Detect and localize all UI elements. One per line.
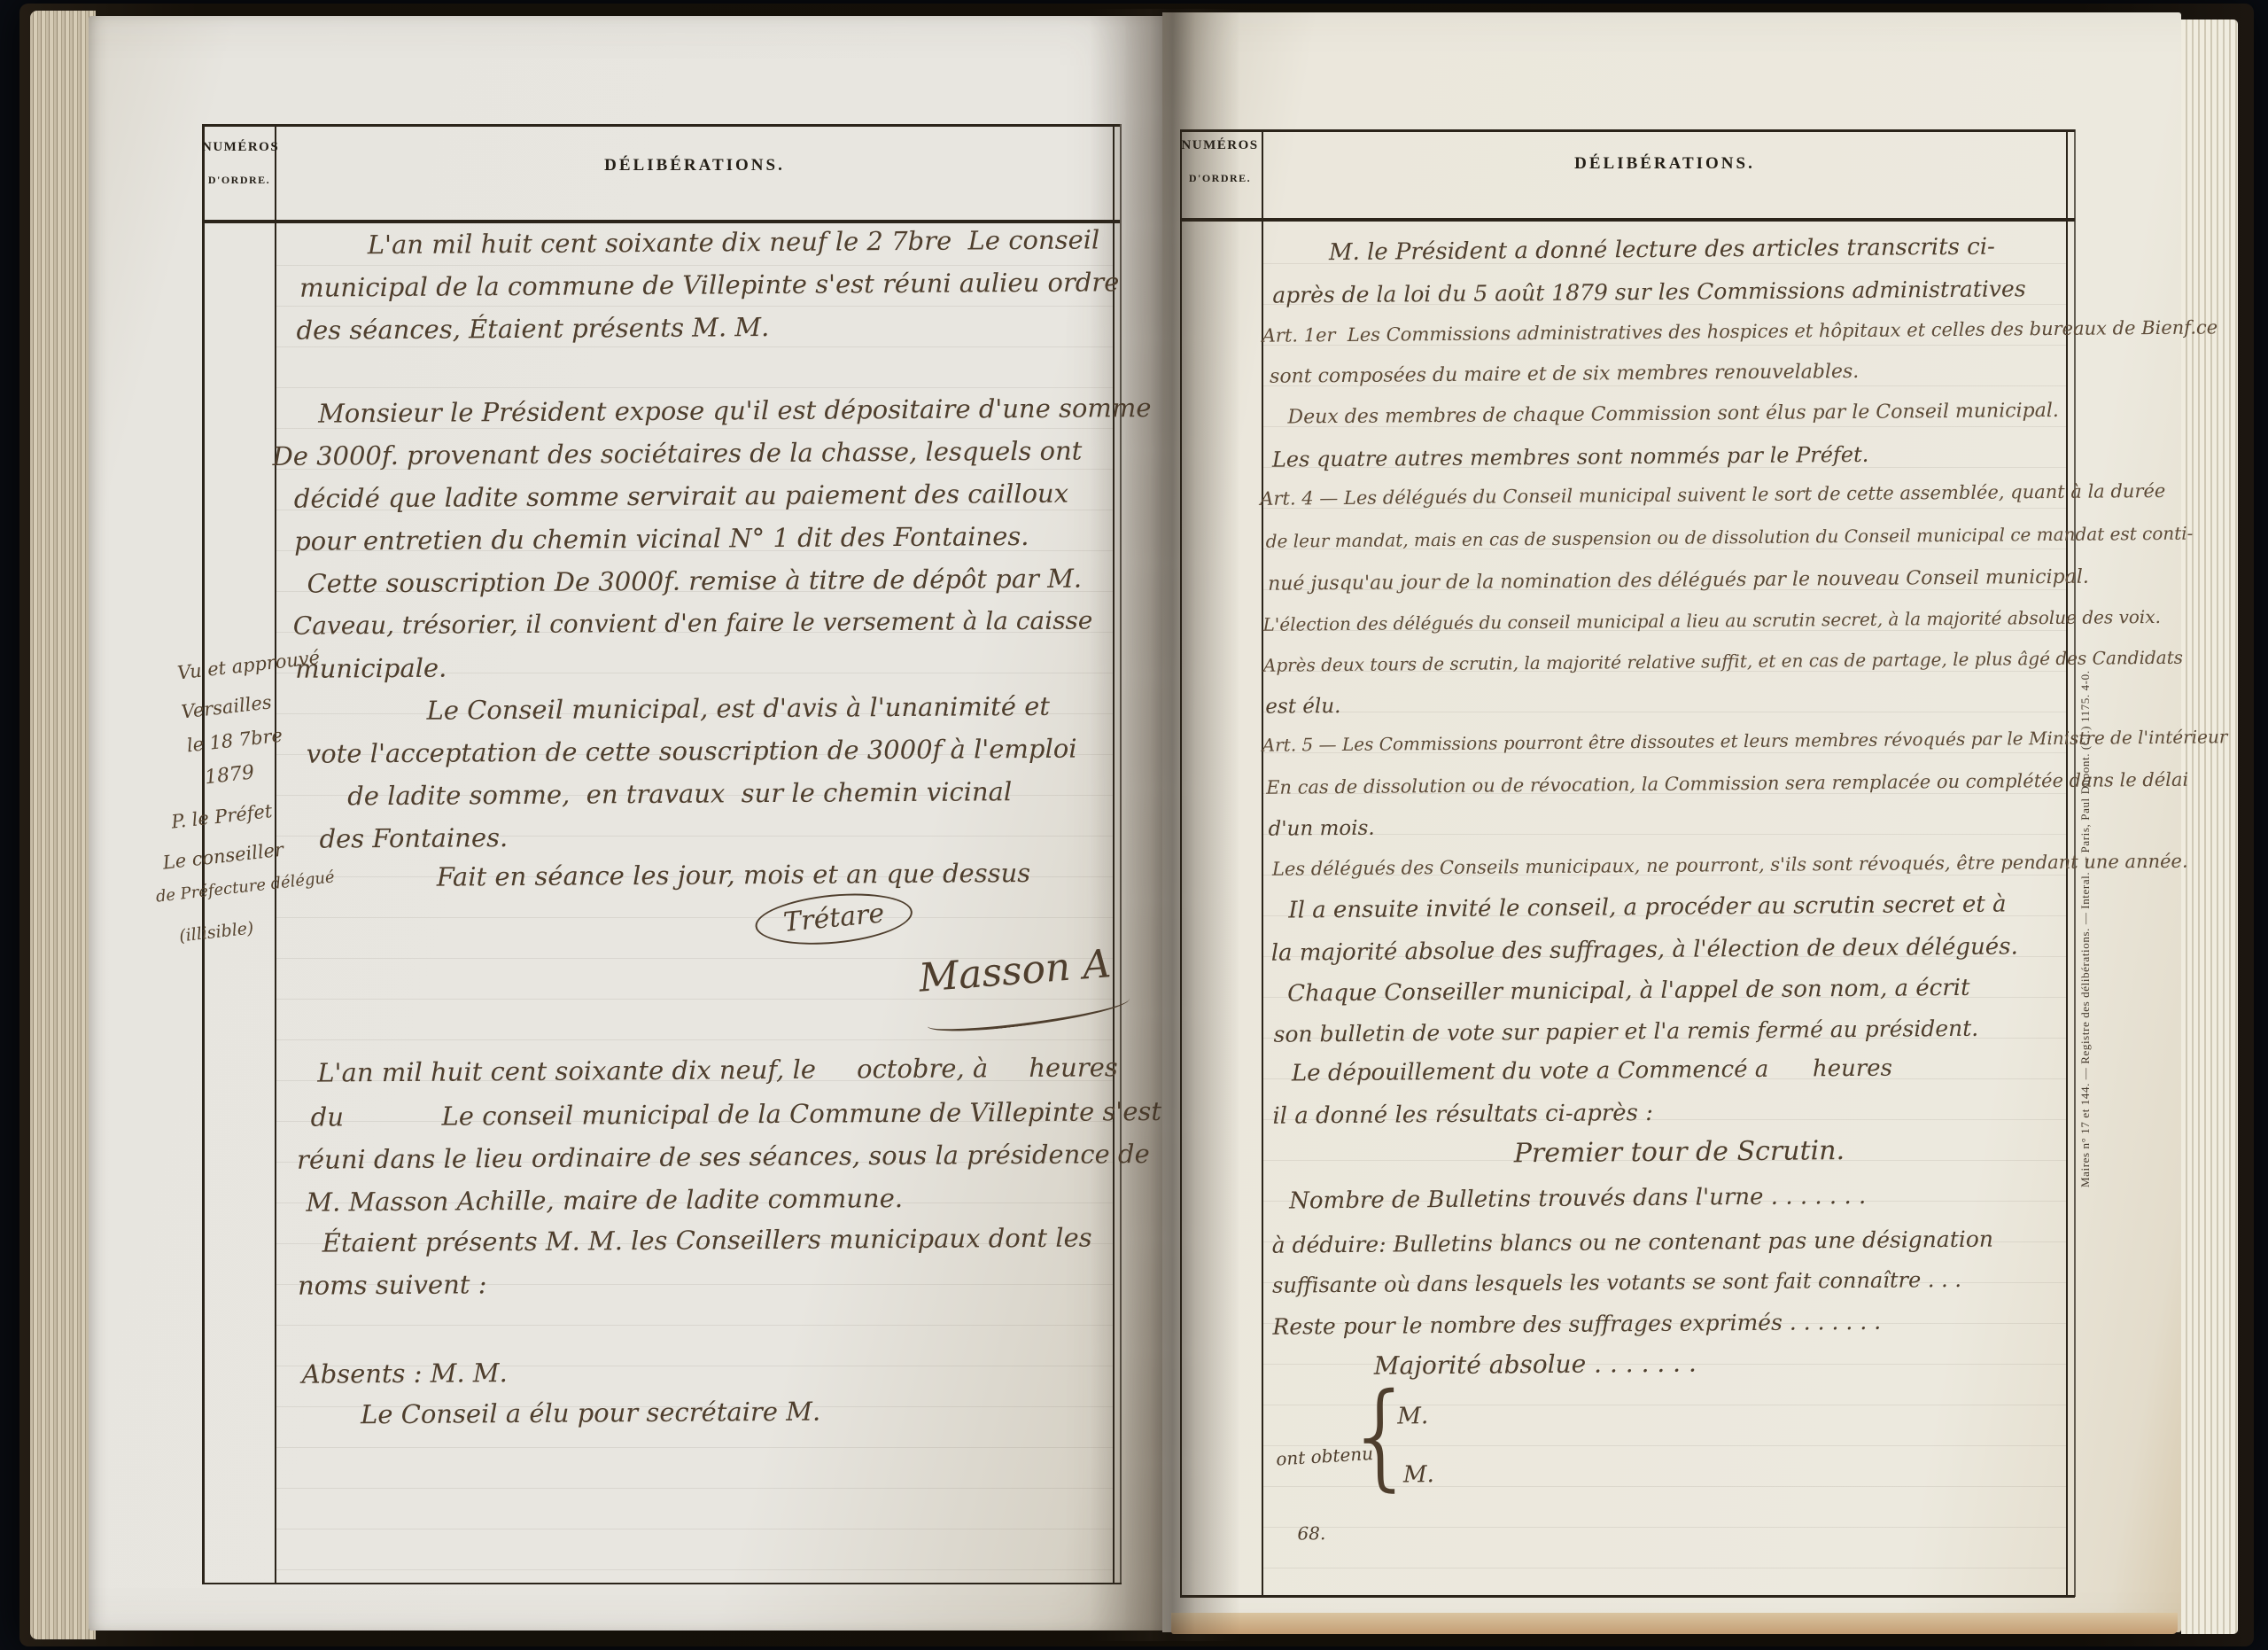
handwritten-line: L'an mil huit cent soixante dix neuf, le… <box>317 1054 1118 1087</box>
handwritten-line: municipal de la commune de Villepinte s'… <box>299 269 1119 302</box>
page-number: 68. <box>1297 1523 1325 1543</box>
scrutin-title: Premier tour de Scrutin. <box>1514 1136 1845 1168</box>
handwritten-line: Cette souscription De 3000f. remise à ti… <box>307 565 1082 599</box>
table-border <box>202 124 1120 127</box>
handwritten-line: vote l'acceptation de cette souscription… <box>307 735 1077 769</box>
handwritten-line: Monsieur le Président expose qu'il est d… <box>318 394 1152 428</box>
handwritten-line: réuni dans le lieu ordinaire de ses séan… <box>297 1140 1150 1175</box>
handwritten-line: Les quatre autres membres sont nommés pa… <box>1272 443 1869 471</box>
under-page-edge <box>1171 1613 2178 1634</box>
page-edge-stack-left <box>30 11 96 1639</box>
handwritten-line: L'an mil huit cent soixante dix neuf le … <box>368 226 1100 260</box>
printer-imprint: Maires n° 17 et 144. — Registre des déli… <box>2078 567 2101 1187</box>
handwritten-line: du Le conseil municipal de la Commune de… <box>311 1098 1161 1132</box>
table-border <box>1180 1595 2075 1598</box>
table-border <box>202 1583 1122 1584</box>
handwritten-line: Le dépouillement du vote a Commencé a he… <box>1292 1056 1892 1087</box>
book-gutter <box>1090 9 1240 1641</box>
handwritten-line: Reste pour le nombre des suffrages expri… <box>1272 1310 1881 1339</box>
column-header-numeros: NUMÉROS <box>202 140 276 155</box>
handwritten-line: Fait en séance les jour, mois et an que … <box>437 860 1031 892</box>
handwritten-line: pour entretien du chemin vicinal N° 1 di… <box>294 523 1029 556</box>
handwritten-line: il a donné les résultats ci-après : <box>1272 1101 1653 1129</box>
handwritten-line: des séances, Étaient présents M. M. <box>296 314 769 346</box>
handwritten-line: d'un mois. <box>1268 818 1374 841</box>
handwritten-line: M. Masson Achille, maire de ladite commu… <box>306 1185 903 1218</box>
handwritten-line: Absents : M. M. <box>302 1359 508 1389</box>
column-header-ordre: D'ORDRE. <box>202 174 276 187</box>
handwritten-line: M. le Président a donné lecture des arti… <box>1329 235 1995 266</box>
header-rule <box>1180 218 2075 222</box>
column-header-deliberations: DÉLIBÉRATIONS. <box>275 156 1115 175</box>
header-rule <box>202 220 1120 223</box>
handwritten-line: Le Conseil a élu pour secrétaire M. <box>361 1398 820 1430</box>
handwritten-line: est élu. <box>1265 696 1340 719</box>
handwritten-line: De 3000f. provenant des sociétaires de l… <box>272 438 1082 471</box>
handwritten-line: M. <box>1403 1462 1434 1488</box>
handwritten-line: noms suivent : <box>298 1271 487 1300</box>
handwritten-line: M. <box>1397 1404 1428 1429</box>
handwritten-line: Le Conseil municipal, est d'avis à l'una… <box>426 693 1050 726</box>
handwritten-line: de ladite somme, en travaux sur le chemi… <box>347 778 1012 811</box>
handwritten-line: Majorité absolue . . . . . . . <box>1374 1350 1697 1381</box>
page-edge-stack-right <box>2181 19 2238 1634</box>
column-header-deliberations: DÉLIBÉRATIONS. <box>1262 154 2068 174</box>
handwritten-line: Nombre de Bulletins trouvés dans l'urne … <box>1289 1184 1866 1214</box>
register-scan: NUMÉROS D'ORDRE. DÉLIBÉRATIONS. NUMÉROS … <box>0 0 2268 1650</box>
handwritten-line: Caveau, trésorier, il convient d'en fair… <box>293 607 1093 640</box>
handwritten-line: Étaient présents M. M. les Conseillers m… <box>322 1225 1092 1258</box>
handwritten-line: décidé que ladite somme servirait au pai… <box>294 480 1068 514</box>
table-border <box>1180 129 2075 132</box>
table-column-divider <box>1262 129 1263 1597</box>
handwritten-line: des Fontaines. <box>319 824 508 853</box>
